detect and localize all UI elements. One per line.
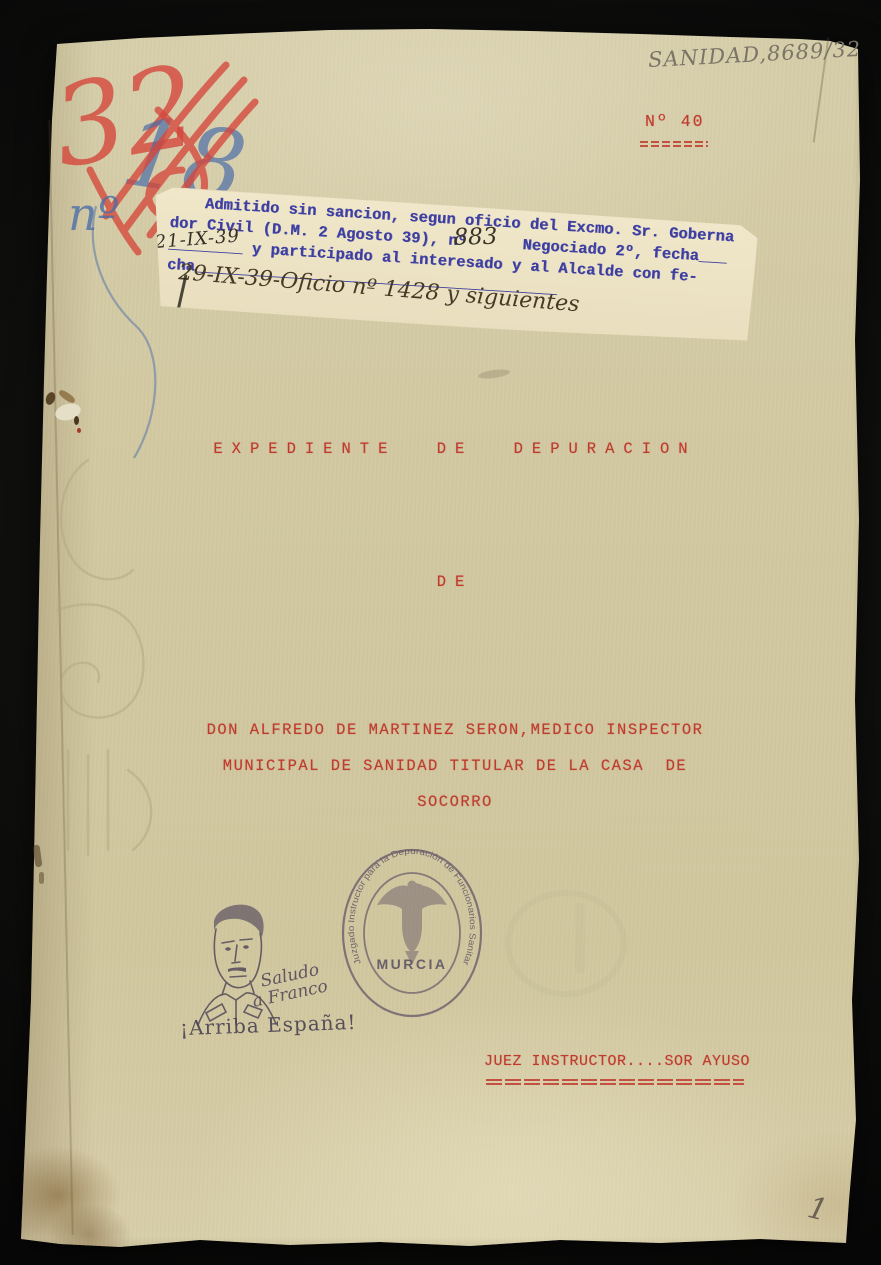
mustache	[228, 967, 246, 972]
file-number: Nº 40	[645, 112, 705, 131]
eagle-emblem	[377, 881, 447, 966]
subject-name-block: DON ALFREDO DE MARTINEZ SERON,MEDICO INS…	[160, 712, 750, 820]
judge-instructor-line: JUEZ INSTRUCTOR....SOR AYUSO	[484, 1053, 750, 1070]
court-oval-stamp: Juzgado Instructor para la Depuración de…	[337, 845, 487, 1020]
handwritten-office-number: 883	[453, 224, 498, 251]
file-number-underline	[640, 139, 708, 147]
document-photo: 32 18 nº SANIDAD,8689/32 Nº 40 Admitido …	[0, 0, 881, 1265]
title-connector: DE	[160, 573, 750, 591]
judge-line-underline	[486, 1077, 744, 1085]
ghost-watermark-bar	[575, 903, 585, 973]
document-title: EXPEDIENTE DE DEPURACION	[160, 440, 750, 458]
subject-line-1: DON ALFREDO DE MARTINEZ SERON,MEDICO INS…	[160, 712, 750, 748]
subject-line-2: MUNICIPAL DE SANIDAD TITULAR DE LA CASA …	[160, 748, 750, 784]
stamp-center-text: MURCIA	[377, 956, 448, 972]
blue-pen-stroke	[93, 206, 155, 458]
subject-line-3: SOCORRO	[160, 784, 750, 820]
hair	[214, 905, 264, 937]
ghost-watermark-ring	[505, 890, 627, 997]
